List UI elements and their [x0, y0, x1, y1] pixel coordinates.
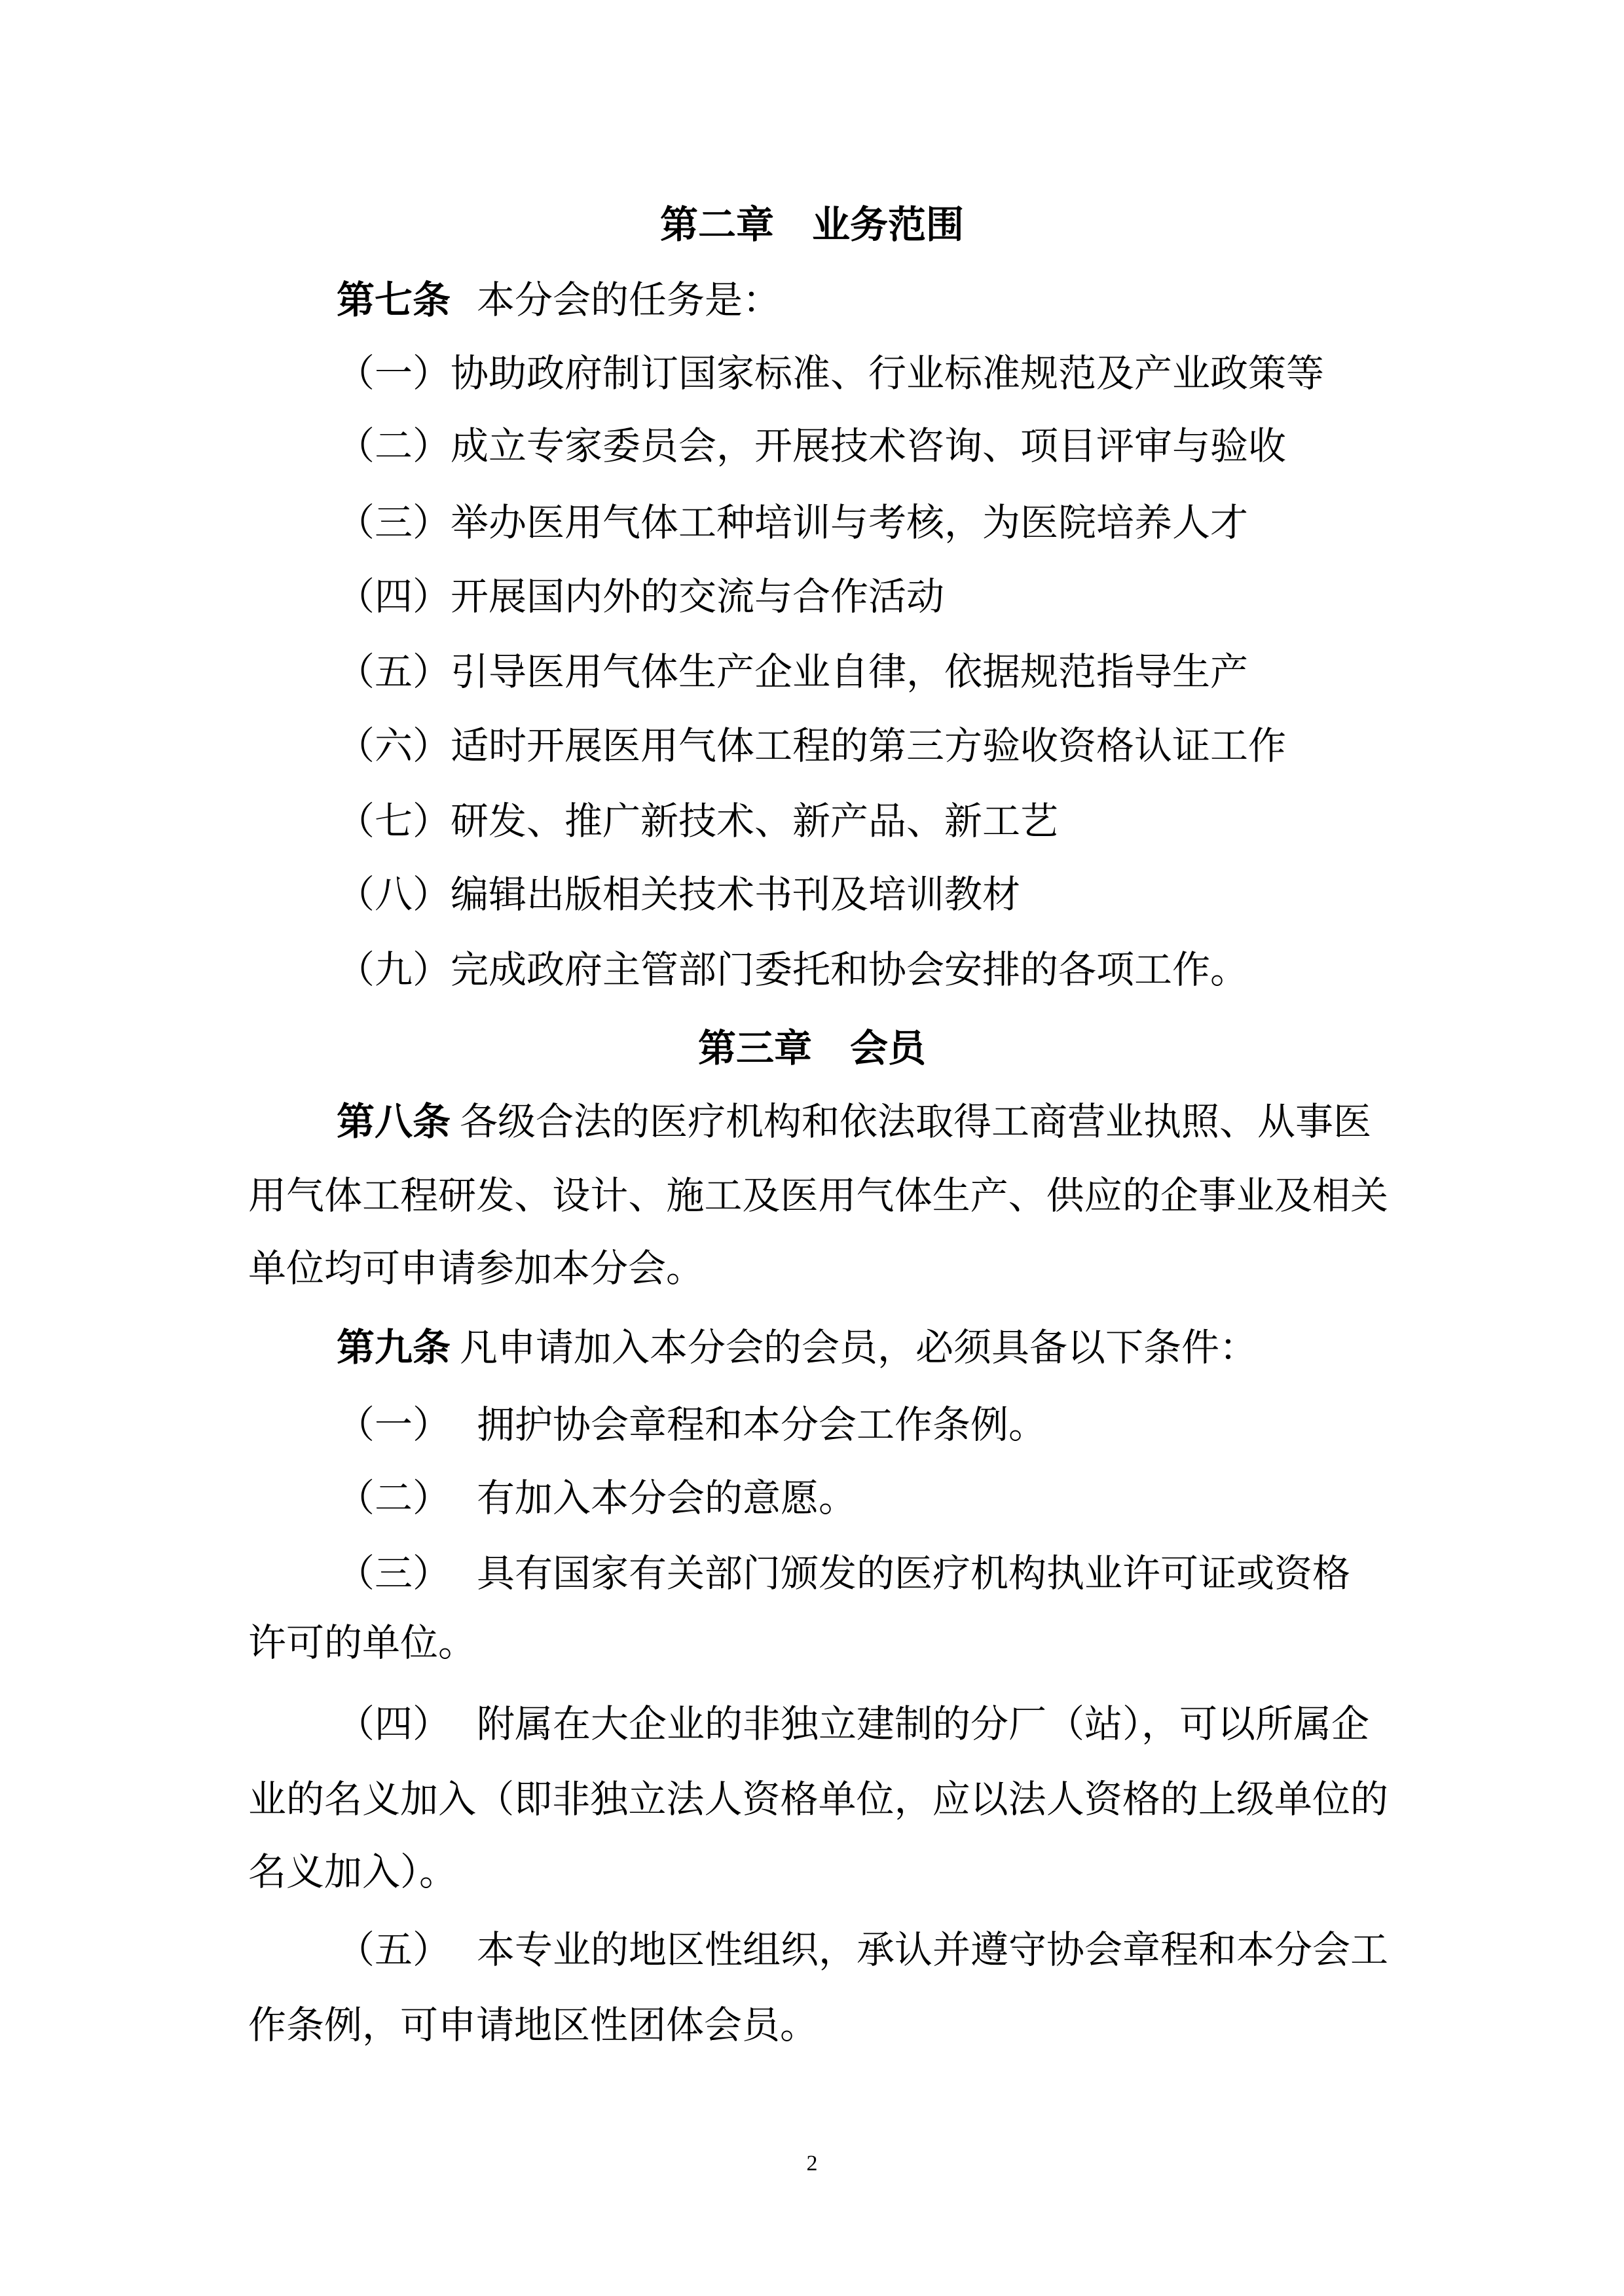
article-7-item-5: （五）引导医用气体生产企业自律，依据规范指导生产 [337, 649, 1248, 695]
item-number: （三） [337, 1551, 451, 1595]
chapter-2-title: 第二章 业务范围 [0, 202, 1624, 247]
item-number: （五） [337, 1927, 451, 1972]
article-8-line-1: 第八条各级合法的医疗机构和依法取得工商营业执照、从事医 [337, 1099, 1371, 1144]
article-9-item-4-cont-2: 名义加入）。 [248, 1849, 457, 1895]
item-text: 有加入本分会的意愿。 [477, 1476, 857, 1520]
article-9-item-4-cont-1: 业的名义加入（即非独立法人资格单位，应以法人资格的上级单位的 [248, 1776, 1388, 1822]
article-7-item-2: （二）成立专家委员会，开展技术咨询、项目评审与验收 [337, 423, 1286, 469]
chapter-3-title: 第三章 会员 [0, 1025, 1624, 1071]
article-9-label: 第九条 [337, 1325, 451, 1370]
article-8-label: 第八条 [337, 1099, 451, 1144]
article-7-item-8: （八）编辑出版相关技术书刊及培训教材 [337, 871, 1020, 917]
article-8-line-3: 单位均可申请参加本分会。 [248, 1245, 704, 1291]
article-7: 第七条本分会的任务是： [337, 277, 781, 323]
article-7-item-6: （六）适时开展医用气体工程的第三方验收资格认证工作 [337, 723, 1286, 769]
article-9: 第九条凡申请加入本分会的会员，必须具备以下条件： [337, 1324, 1257, 1370]
article-7-label: 第七条 [337, 278, 451, 322]
article-9-item-5-cont: 作条例，可申请地区性团体会员。 [248, 2002, 818, 2048]
item-text: 附属在大企业的非独立建制的分厂（站），可以所属企 [477, 1702, 1369, 1746]
item-text: 拥护协会章程和本分会工作条例。 [477, 1402, 1046, 1447]
article-9-item-3: （三）具有国家有关部门颁发的医疗机构执业许可证或资格 [337, 1550, 1350, 1596]
article-7-item-7: （七）研发、推广新技术、新产品、新工艺 [337, 798, 1058, 844]
article-9-item-5: （五）本专业的地区性组织，承认并遵守协会章程和本分会工 [337, 1927, 1388, 1973]
article-9-item-3-cont: 许可的单位。 [248, 1620, 476, 1666]
item-number: （一） [337, 1402, 451, 1447]
article-7-item-9: （九）完成政府主管部门委托和协会安排的各项工作。 [337, 947, 1248, 993]
article-7-item-1: （一）协助政府制订国家标准、行业标准规范及产业政策等 [337, 350, 1324, 396]
article-9-item-4: （四）附属在大企业的非独立建制的分厂（站），可以所属企 [337, 1701, 1369, 1747]
article-7-text: 本分会的任务是： [477, 278, 781, 322]
article-8-text: 各级合法的医疗机构和依法取得工商营业执照、从事医 [460, 1099, 1371, 1144]
item-text: 具有国家有关部门颁发的医疗机构执业许可证或资格 [477, 1551, 1350, 1595]
article-7-item-3: （三）举办医用气体工种培训与考核，为医院培养人才 [337, 500, 1248, 545]
item-number: （四） [337, 1702, 451, 1746]
article-9-item-1: （一）拥护协会章程和本分会工作条例。 [337, 1402, 1046, 1448]
article-9-item-2: （二）有加入本分会的意愿。 [337, 1475, 857, 1521]
item-number: （二） [337, 1476, 451, 1520]
article-8-line-2: 用气体工程研发、设计、施工及医用气体生产、供应的企事业及相关 [248, 1173, 1388, 1218]
item-text: 本专业的地区性组织，承认并遵守协会章程和本分会工 [477, 1927, 1388, 1972]
page-number: 2 [0, 2151, 1624, 2176]
article-7-item-4: （四）开展国内外的交流与合作活动 [337, 574, 944, 619]
article-9-text: 凡申请加入本分会的会员，必须具备以下条件： [460, 1325, 1257, 1370]
